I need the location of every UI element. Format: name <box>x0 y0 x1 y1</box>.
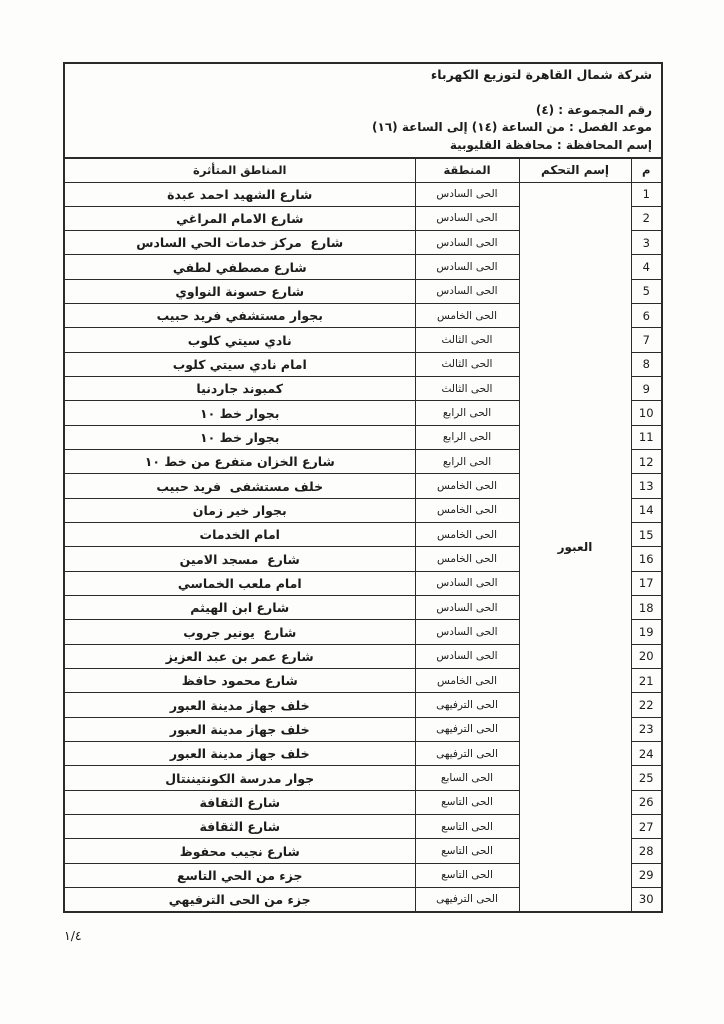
row-number-cell: 26 <box>631 790 662 814</box>
district-cell: الحى السادس <box>415 620 519 644</box>
row-number-cell: 2 <box>631 206 662 230</box>
affected-area-cell: نادي سيتي كلوب <box>64 328 415 352</box>
district-cell: الحى التاسع <box>415 815 519 839</box>
control-name-cell: العبور <box>519 182 631 912</box>
affected-area-cell: امام نادي سيتي كلوب <box>64 352 415 376</box>
row-number-cell: 19 <box>631 620 662 644</box>
district-cell: الحى السادس <box>415 279 519 303</box>
row-number-cell: 25 <box>631 766 662 790</box>
district-cell: الحى الرابع <box>415 425 519 449</box>
affected-area-cell: امام ملعب الخماسي <box>64 571 415 595</box>
affected-area-cell: بجوار خير زمان <box>64 498 415 522</box>
district-cell: الحى الرابع <box>415 450 519 474</box>
row-number-cell: 5 <box>631 279 662 303</box>
affected-area-cell: بجوار خط ١٠ <box>64 425 415 449</box>
affected-area-cell: شارع الشهيد احمد عبدة <box>64 182 415 206</box>
row-number-cell: 8 <box>631 352 662 376</box>
row-number-cell: 10 <box>631 401 662 425</box>
company-name: شركة شمال القاهرة لتوزيع الكهرباء <box>431 67 652 82</box>
column-header-areas: المناطق المتأثرة <box>64 158 415 182</box>
district-cell: الحى الترفيهى <box>415 693 519 717</box>
district-cell: الحى السادس <box>415 644 519 668</box>
row-number-cell: 16 <box>631 547 662 571</box>
affected-area-cell: خلف جهاز مدينة العبور <box>64 693 415 717</box>
row-number-cell: 13 <box>631 474 662 498</box>
column-header-number: م <box>631 158 662 182</box>
affected-area-cell: شارع الامام المراغي <box>64 206 415 230</box>
outage-info-block: رقم المجموعة : (٤) موعد الفصل : من الساع… <box>372 102 652 155</box>
row-number-cell: 28 <box>631 839 662 863</box>
district-cell: الحى السادس <box>415 231 519 255</box>
affected-area-cell: شارع محمود حافظ <box>64 669 415 693</box>
affected-area-cell: خلف جهاز مدينة العبور <box>64 717 415 741</box>
affected-area-cell: بجوار مستشفي فريد حبيب <box>64 304 415 328</box>
district-cell: الحى الترفيهى <box>415 888 519 912</box>
affected-area-cell: بجوار خط ١٠ <box>64 401 415 425</box>
outage-time-line: موعد الفصل : من الساعة (١٤) إلى الساعة (… <box>372 119 652 137</box>
table-header-row: م إسم التحكم المنطقة المناطق المتأثرة <box>64 158 662 182</box>
district-cell: الحى الخامس <box>415 523 519 547</box>
district-cell: الحى التاسع <box>415 790 519 814</box>
district-cell: الحى الرابع <box>415 401 519 425</box>
affected-area-cell: شارع الثقافة <box>64 790 415 814</box>
row-number-cell: 1 <box>631 182 662 206</box>
outage-schedule-table: م إسم التحكم المنطقة المناطق المتأثرة 1 … <box>63 157 663 913</box>
column-header-control: إسم التحكم <box>519 158 631 182</box>
district-cell: الحى الخامس <box>415 474 519 498</box>
row-number-cell: 20 <box>631 644 662 668</box>
row-number-cell: 15 <box>631 523 662 547</box>
row-number-cell: 27 <box>631 815 662 839</box>
affected-area-cell: شارع مركز خدمات الحي السادس <box>64 231 415 255</box>
document-header: شركة شمال القاهرة لتوزيع الكهرباء رقم ال… <box>63 62 663 157</box>
table-body: 1 العبورالحى السادس شارع الشهيد احمد عبد… <box>64 182 662 912</box>
district-cell: الحى التاسع <box>415 863 519 887</box>
affected-area-cell: شارع الثقافة <box>64 815 415 839</box>
affected-area-cell: شارع نجيب محفوظ <box>64 839 415 863</box>
governorate-line: إسم المحافظة : محافظة القليوبية <box>372 137 652 155</box>
district-cell: الحى الترفيهى <box>415 717 519 741</box>
district-cell: الحى الثالث <box>415 328 519 352</box>
row-number-cell: 11 <box>631 425 662 449</box>
row-number-cell: 14 <box>631 498 662 522</box>
row-number-cell: 6 <box>631 304 662 328</box>
row-number-cell: 7 <box>631 328 662 352</box>
affected-area-cell: شارع ابن الهيثم <box>64 596 415 620</box>
document-page: شركة شمال القاهرة لتوزيع الكهرباء رقم ال… <box>0 0 724 1024</box>
affected-area-cell: شارع الخزان متفرع من خط ١٠ <box>64 450 415 474</box>
district-cell: الحى السادس <box>415 182 519 206</box>
row-number-cell: 17 <box>631 571 662 595</box>
row-number-cell: 3 <box>631 231 662 255</box>
affected-area-cell: امام الخدمات <box>64 523 415 547</box>
district-cell: الحى الخامس <box>415 304 519 328</box>
affected-area-cell: شارع يونير جروب <box>64 620 415 644</box>
row-number-cell: 18 <box>631 596 662 620</box>
row-number-cell: 21 <box>631 669 662 693</box>
page-number: ١/٤ <box>64 928 82 943</box>
district-cell: الحى السادس <box>415 255 519 279</box>
table-row: 1 العبورالحى السادس شارع الشهيد احمد عبد… <box>64 182 662 206</box>
affected-area-cell: شارع حسونة النواوي <box>64 279 415 303</box>
district-cell: الحى الترفيهى <box>415 742 519 766</box>
district-cell: الحى السادس <box>415 206 519 230</box>
row-number-cell: 30 <box>631 888 662 912</box>
district-cell: الحى الخامس <box>415 498 519 522</box>
row-number-cell: 29 <box>631 863 662 887</box>
affected-area-cell: شارع مصطفي لطفي <box>64 255 415 279</box>
district-cell: الحى الخامس <box>415 547 519 571</box>
row-number-cell: 12 <box>631 450 662 474</box>
affected-area-cell: شارع مسجد الامين <box>64 547 415 571</box>
affected-area-cell: خلف جهاز مدينة العبور <box>64 742 415 766</box>
row-number-cell: 23 <box>631 717 662 741</box>
affected-area-cell: جزء من الحي التاسع <box>64 863 415 887</box>
row-number-cell: 24 <box>631 742 662 766</box>
affected-area-cell: خلف مستشفى فريد حبيب <box>64 474 415 498</box>
affected-area-cell: جزء من الحى الترفيهي <box>64 888 415 912</box>
column-header-district: المنطقة <box>415 158 519 182</box>
district-cell: الحى الثالث <box>415 352 519 376</box>
district-cell: الحى التاسع <box>415 839 519 863</box>
district-cell: الحى السابع <box>415 766 519 790</box>
row-number-cell: 22 <box>631 693 662 717</box>
affected-area-cell: شارع عمر بن عبد العزيز <box>64 644 415 668</box>
district-cell: الحى الثالث <box>415 377 519 401</box>
affected-area-cell: كمبوند جاردنيا <box>64 377 415 401</box>
district-cell: الحى السادس <box>415 596 519 620</box>
district-cell: الحى الخامس <box>415 669 519 693</box>
group-number-line: رقم المجموعة : (٤) <box>372 102 652 120</box>
affected-area-cell: جوار مدرسة الكونتيننتال <box>64 766 415 790</box>
district-cell: الحى السادس <box>415 571 519 595</box>
row-number-cell: 9 <box>631 377 662 401</box>
row-number-cell: 4 <box>631 255 662 279</box>
